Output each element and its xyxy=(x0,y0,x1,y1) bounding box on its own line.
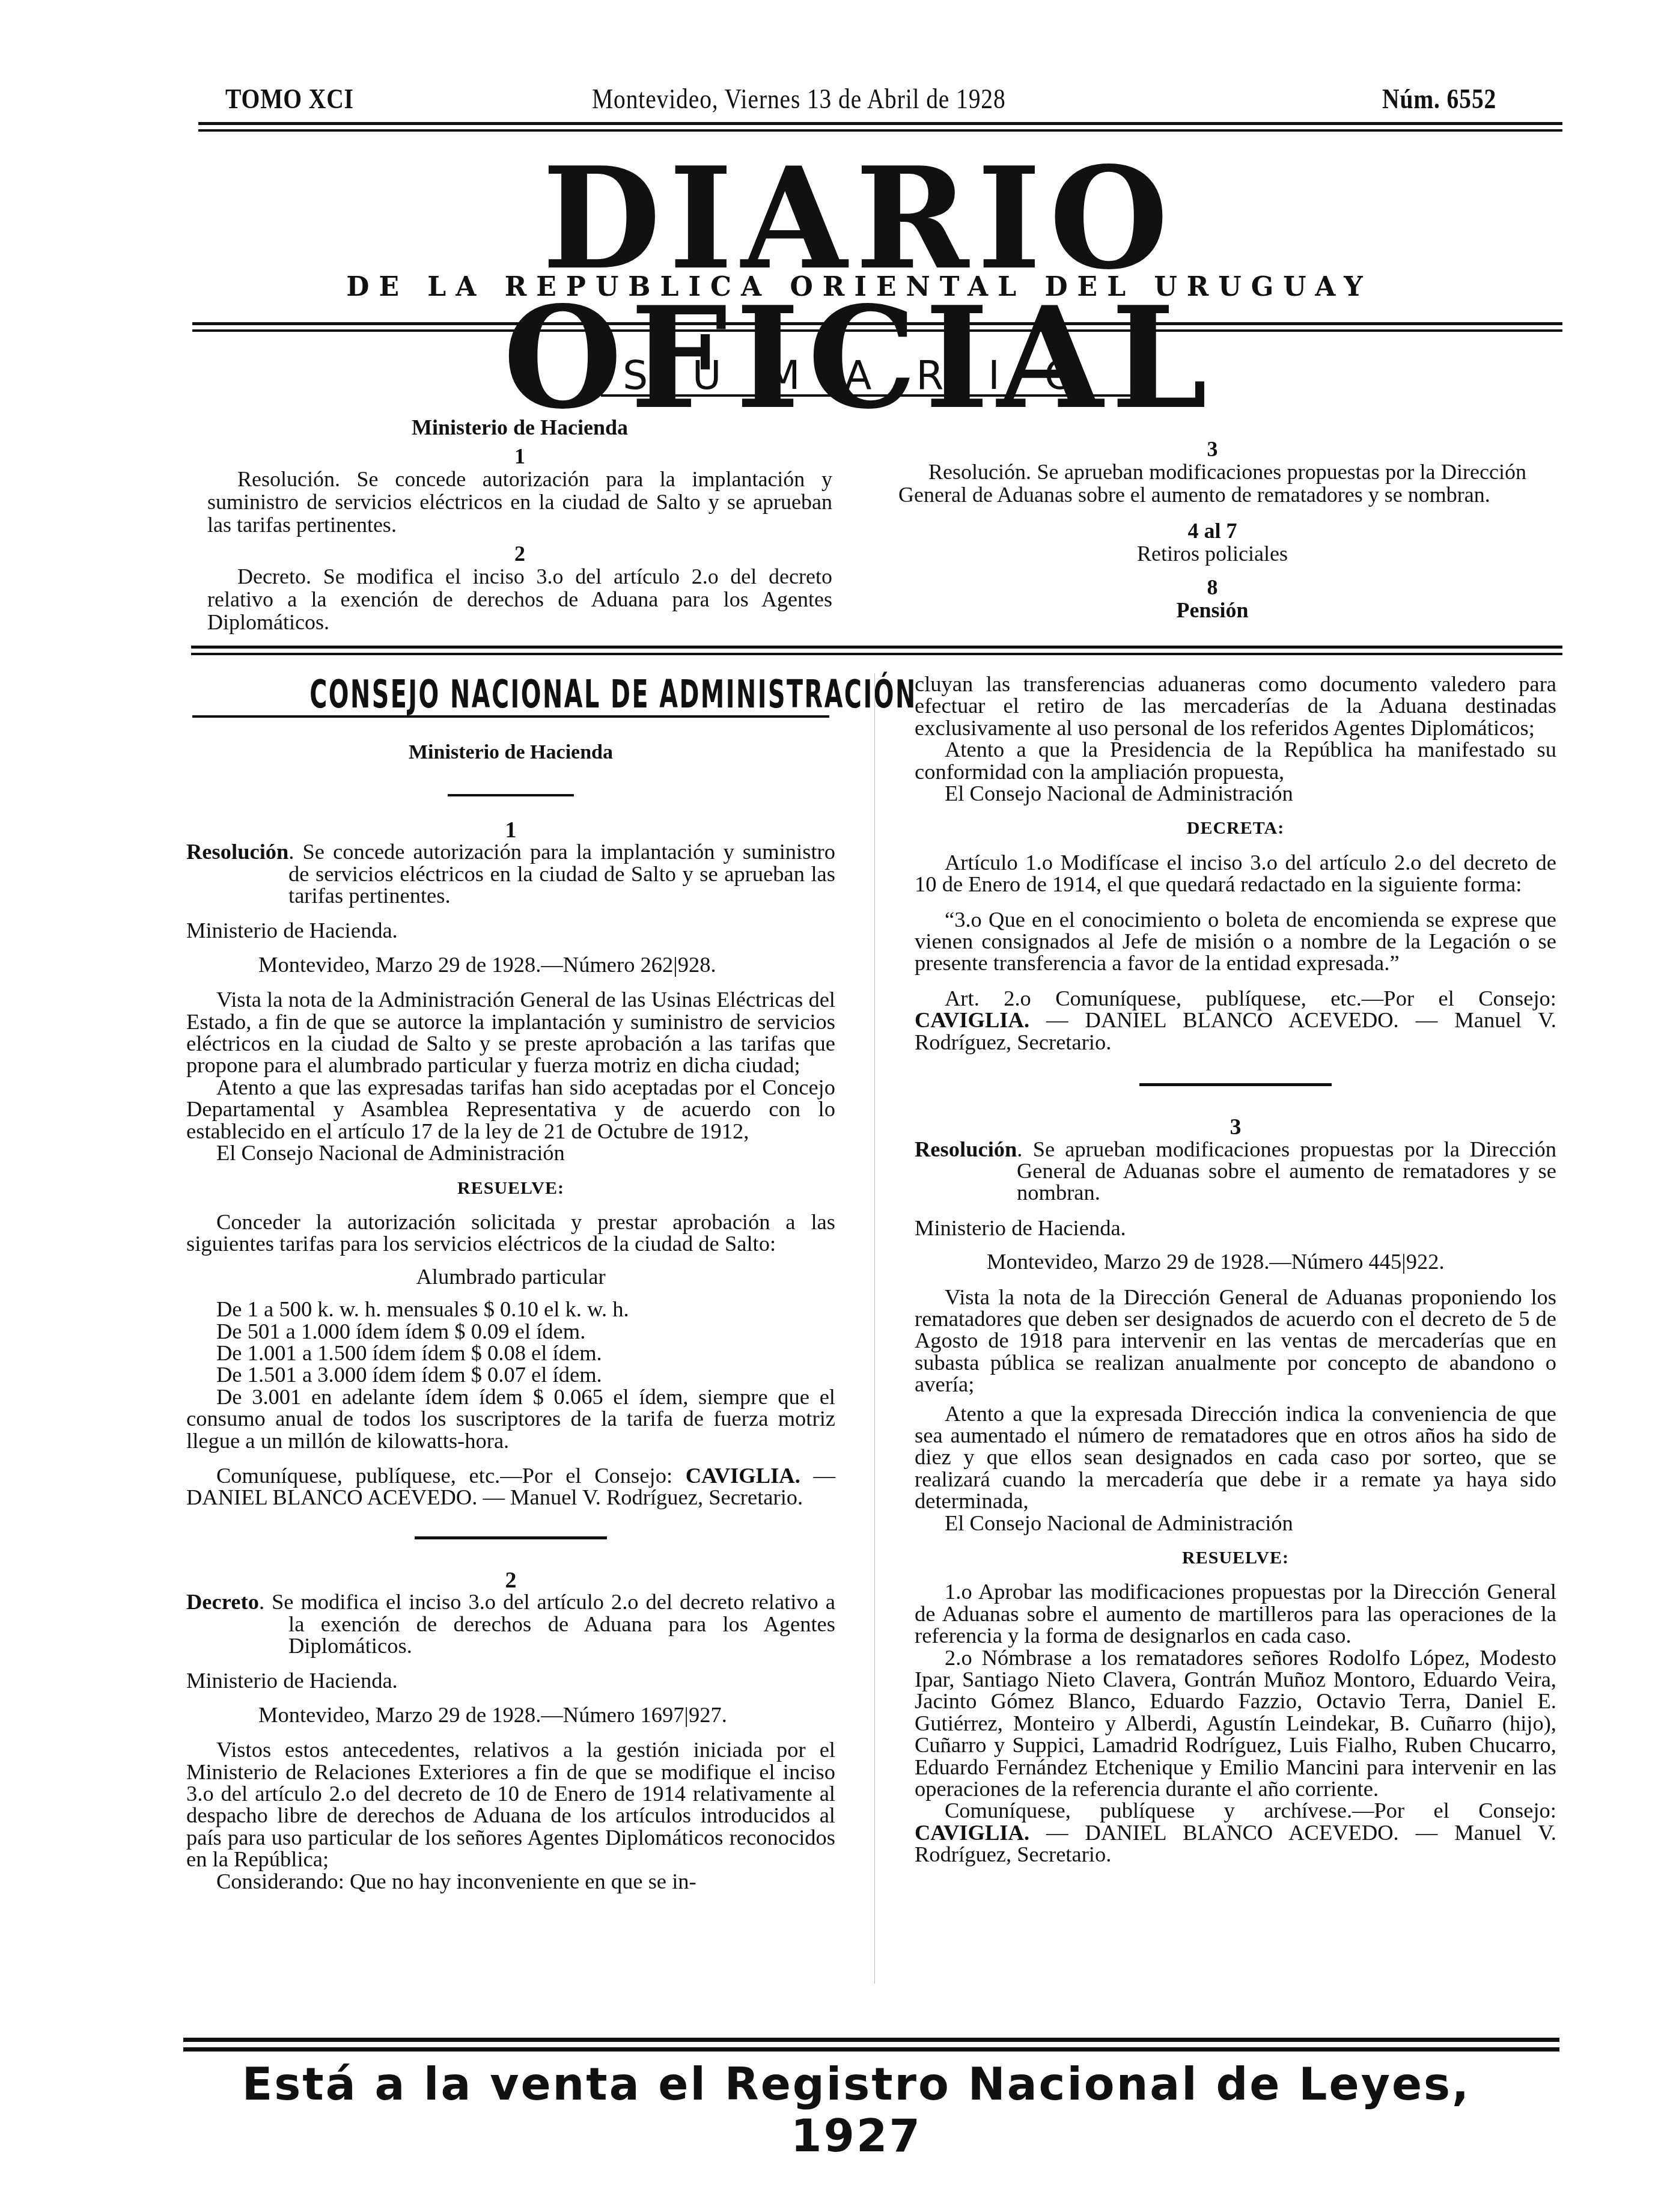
paragraph: El Consejo Nacional de Administración xyxy=(915,1512,1556,1534)
signatory: CAVIGLIA. xyxy=(686,1463,800,1488)
doc-type: Decreto xyxy=(186,1589,259,1614)
short-rule xyxy=(448,794,574,796)
sumario-item[interactable]: Decreto. Se modifica el inciso 3.o del a… xyxy=(207,565,832,634)
sumario-item[interactable]: Pensión xyxy=(898,599,1526,622)
top-rule-2 xyxy=(198,129,1562,132)
signature-text: Art. 2.o Comuníquese, publíquese, etc.—P… xyxy=(945,986,1556,1010)
paragraph: El Consejo Nacional de Administración xyxy=(186,1142,835,1164)
doc-number: 1 xyxy=(186,819,835,841)
issue-date: Montevideo, Viernes 13 de Abril de 1928 xyxy=(592,83,1006,115)
signatory: CAVIGLIA. xyxy=(915,1820,1029,1845)
paragraph: Atento a que la Presidencia de la Repúbl… xyxy=(915,739,1556,783)
tarifa-subhead: Alumbrado particular xyxy=(186,1266,835,1288)
signature-text: Comuníquese, publíquese, etc.—Por el Con… xyxy=(216,1463,686,1488)
sumario-item[interactable]: Resolución. Se aprueban modificaciones p… xyxy=(898,460,1526,506)
dateline: Montevideo, Marzo 29 de 1928.—Número 169… xyxy=(186,1704,835,1726)
signature: Comuníquese, publíquese, etc.—Por el Con… xyxy=(186,1465,835,1509)
masthead-rule-2 xyxy=(192,329,1562,332)
paragraph: 1.o Aprobar las modificaciones propuesta… xyxy=(915,1581,1556,1646)
paragraph: Atento a que las expresadas tarifas han … xyxy=(186,1077,835,1142)
paragraph: Vistos estos antecedentes, relativos a l… xyxy=(186,1739,835,1870)
doc-type: Resolución xyxy=(186,839,288,864)
paragraph: Artículo 1.o Modifícase el inciso 3.o de… xyxy=(915,852,1556,896)
signature: Comuníquese, publíquese y archívese.—Por… xyxy=(915,1800,1556,1865)
footer-rule-2 xyxy=(183,2047,1559,2052)
signature-text: Comuníquese, publíquese y archívese.—Por… xyxy=(945,1798,1556,1822)
paragraph: 2.o Nómbrase a los rematadores señores R… xyxy=(915,1647,1556,1800)
masthead-subtitle: DE LA REPUBLICA ORIENTAL DEL URUGUAY xyxy=(198,272,1520,302)
signatory: CAVIGLIA. xyxy=(915,1007,1029,1032)
sumario-item-num: 2 xyxy=(207,542,832,565)
sumario-underline xyxy=(601,394,1142,397)
top-rule-1 xyxy=(198,122,1562,125)
advertisement-banner: Está a la venta el Registro Nacional de … xyxy=(180,2059,1532,2162)
sumario-item[interactable]: Retiros policiales xyxy=(898,542,1526,565)
tarifa-line: De 3.001 en adelante ídem ídem $ 0.065 e… xyxy=(186,1386,835,1452)
ministerio-heading: Ministerio de Hacienda xyxy=(186,742,835,763)
section-rule-2 xyxy=(191,653,1562,655)
right-column: cluyan las transferencias aduaneras como… xyxy=(915,673,1556,1866)
sumario-left: Ministerio de Hacienda 1 Resolución. Se … xyxy=(207,416,832,634)
paragraph: Vista la nota de la Dirección General de… xyxy=(915,1286,1556,1396)
doc-title: Decreto. Se modifica el inciso 3.o del a… xyxy=(186,1591,835,1657)
sumario-item-num: 8 xyxy=(898,576,1526,599)
sumario-item-num: 1 xyxy=(207,445,832,468)
dateline: Montevideo, Marzo 29 de 1928.—Número 262… xyxy=(186,954,835,976)
resuelve-heading: RESUELVE: xyxy=(915,1547,1556,1569)
volume-label: TOMO XCI xyxy=(225,83,354,115)
sumario-item-num: 3 xyxy=(898,438,1526,460)
ministerio-line: Ministerio de Hacienda. xyxy=(186,1670,835,1691)
doc-type: Resolución xyxy=(915,1137,1017,1161)
doc-summary: . Se modifica el inciso 3.o del artículo… xyxy=(259,1589,835,1658)
doc-number: 3 xyxy=(915,1116,1556,1138)
sumario-right: 3 Resolución. Se aprueban modificaciones… xyxy=(898,432,1526,622)
tarifa-line: De 1.501 a 3.000 ídem ídem $ 0.07 el íde… xyxy=(186,1364,835,1386)
paragraph: El Consejo Nacional de Administración xyxy=(915,783,1556,804)
ministerio-line: Ministerio de Hacienda. xyxy=(186,920,835,941)
tarifa-line: De 501 a 1.000 ídem ídem $ 0.09 el ídem. xyxy=(186,1321,835,1342)
separator-rule xyxy=(1139,1083,1332,1086)
paragraph: Conceder la autorización solicitada y pr… xyxy=(186,1211,835,1255)
section-rule-1 xyxy=(191,646,1562,649)
sumario-ministerio: Ministerio de Hacienda xyxy=(207,416,832,439)
decreta-heading: DECRETA: xyxy=(915,817,1556,839)
dateline: Montevideo, Marzo 29 de 1928.—Número 445… xyxy=(915,1251,1556,1273)
column-divider xyxy=(874,673,875,1984)
sumario-title: SUMARIO xyxy=(541,352,1202,399)
paragraph: cluyan las transferencias aduaneras como… xyxy=(915,673,1556,739)
tarifa-line: De 1 a 500 k. w. h. mensuales $ 0.10 el … xyxy=(186,1298,835,1320)
paragraph: Considerando: Que no hay inconveniente e… xyxy=(186,1871,835,1892)
paragraph: Vista la nota de la Administración Gener… xyxy=(186,989,835,1077)
doc-summary: . Se aprueban modificaciones propuestas … xyxy=(1017,1137,1556,1205)
footer-rule-1 xyxy=(183,2038,1559,2042)
doc-title: Resolución. Se concede autorización para… xyxy=(186,841,835,906)
doc-number: 2 xyxy=(186,1569,835,1591)
separator-rule xyxy=(415,1536,607,1539)
left-column: CONSEJO NACIONAL DE ADMINISTRACIÓN Minis… xyxy=(186,673,835,1892)
consejo-title: CONSEJO NACIONAL DE ADMINISTRACIÓN xyxy=(309,684,712,706)
masthead-rule-1 xyxy=(192,322,1562,325)
sumario-item-num: 4 al 7 xyxy=(898,519,1526,542)
ministerio-line: Ministerio de Hacienda. xyxy=(915,1217,1556,1239)
tarifa-line: De 1.001 a 1.500 ídem ídem $ 0.08 el íde… xyxy=(186,1342,835,1364)
signature: Art. 2.o Comuníquese, publíquese, etc.—P… xyxy=(915,988,1556,1053)
issue-number: Núm. 6552 xyxy=(1382,83,1496,115)
sumario-item[interactable]: Resolución. Se concede autorización para… xyxy=(207,468,832,536)
doc-summary: . Se concede autorización para la implan… xyxy=(288,839,835,908)
doc-title: Resolución. Se aprueban modificaciones p… xyxy=(915,1138,1556,1204)
paragraph: Atento a que la expresada Dirección indi… xyxy=(915,1403,1556,1512)
quoted-text: “3.o Que en el conocimiento o boleta de … xyxy=(915,909,1556,974)
resuelve-heading: RESUELVE: xyxy=(186,1178,835,1199)
